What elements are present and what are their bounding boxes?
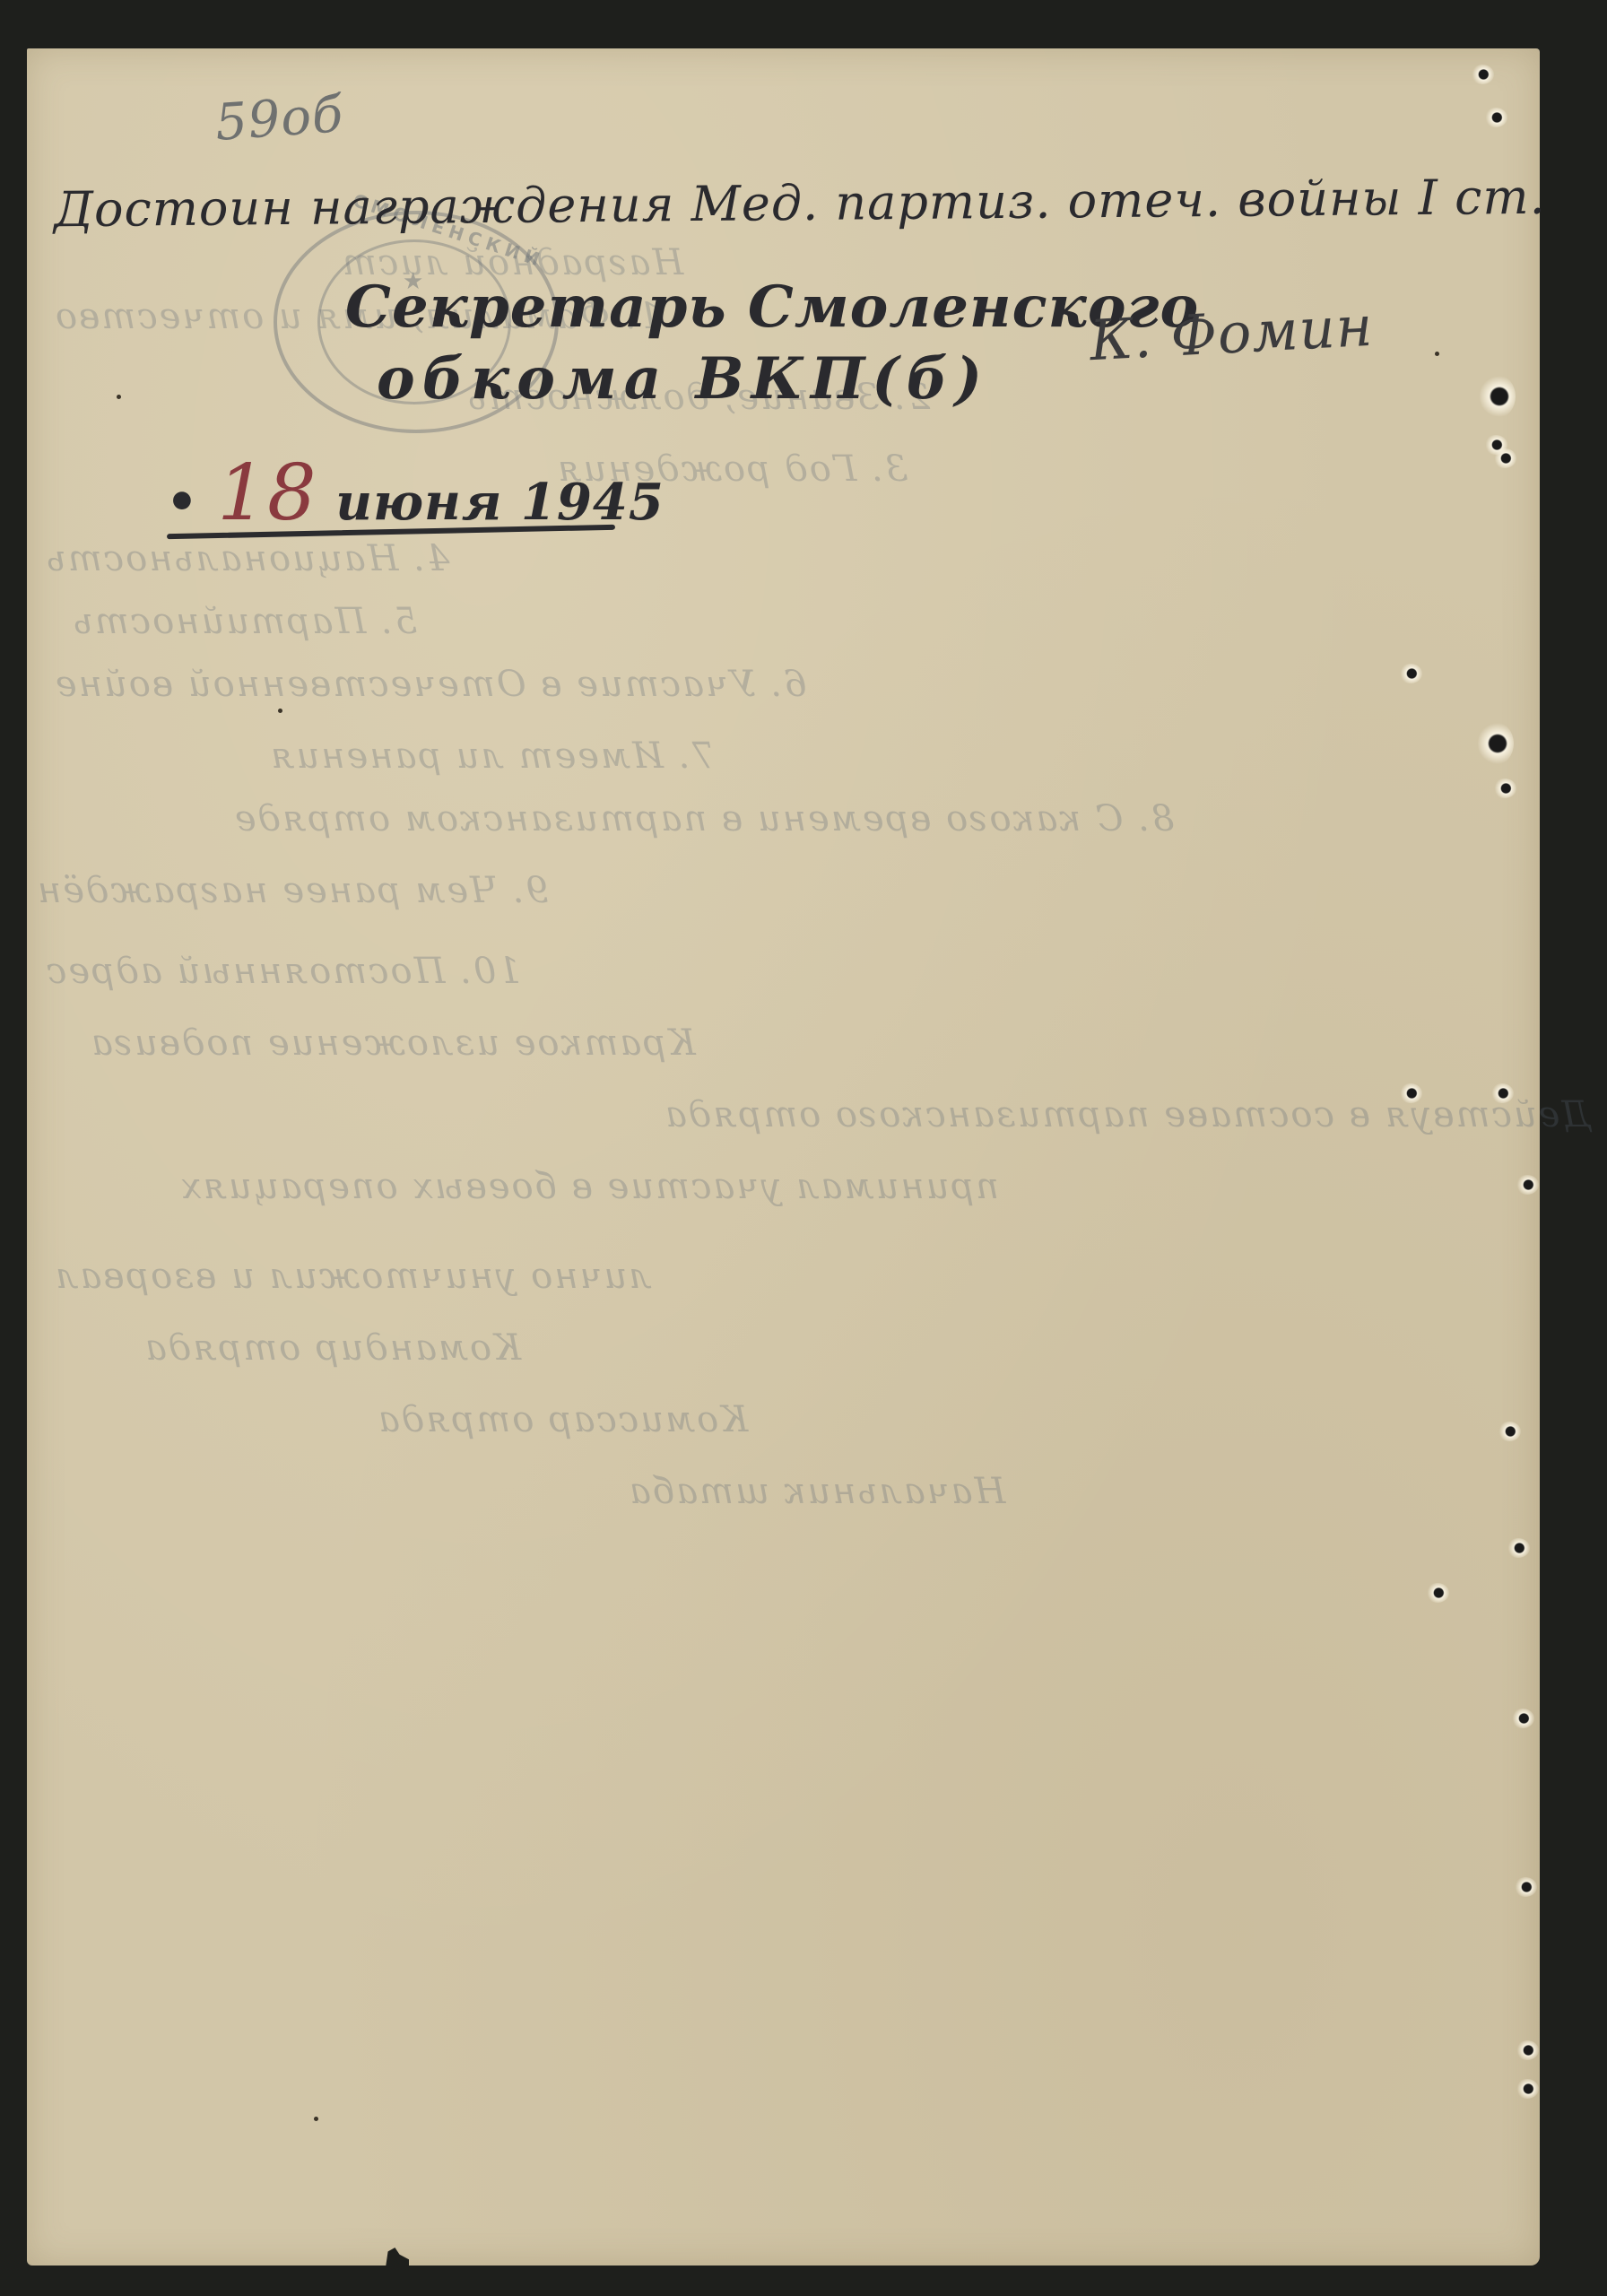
- binding-hole: [1511, 1709, 1534, 1728]
- date-bullet: •: [166, 473, 217, 532]
- binding-hole: [1426, 1583, 1449, 1603]
- binding-hole: [1493, 778, 1516, 798]
- bleed-through-line: Комиссар отряда: [377, 1399, 748, 1440]
- binding-hole: [1498, 1422, 1521, 1441]
- bleed-through-line: 5. Партийность: [72, 601, 417, 642]
- binding-hole: [1507, 1538, 1530, 1558]
- date-month-year: июня 1945: [335, 473, 665, 532]
- bleed-through-line: Начальник штаба: [628, 1471, 1005, 1512]
- bleed-through-line: Действуя в составе партизанского отряда: [664, 1094, 1591, 1135]
- binding-hole: [1478, 722, 1514, 765]
- ink-speck: [117, 395, 121, 399]
- folio-number: 59об: [213, 85, 345, 152]
- binding-hole: [1480, 375, 1516, 418]
- binding-hole: [1493, 448, 1516, 468]
- date-day: 18: [217, 448, 317, 538]
- bleed-through-line: 9. Чем ранее награждён: [36, 870, 549, 911]
- binding-hole: [1399, 664, 1422, 683]
- binding-hole: [1516, 2079, 1539, 2099]
- resolution-line-3: обкома ВКП(б): [377, 345, 989, 413]
- binding-hole: [1516, 1175, 1539, 1195]
- binding-hole: [1399, 1083, 1422, 1103]
- bleed-through-line: 7. Имеет ли ранения: [269, 735, 715, 777]
- binding-hole: [1516, 2040, 1539, 2060]
- bleed-through-line: 10. Постоянный адрес: [45, 951, 521, 992]
- binding-hole: [1490, 1083, 1514, 1103]
- ink-speck: [314, 2117, 318, 2121]
- binding-hole: [1484, 108, 1507, 127]
- bleed-through-line: Командир отряда: [143, 1327, 521, 1369]
- binding-hole: [1514, 1877, 1537, 1897]
- bleed-through-line: лично уничтожил и взорвал: [54, 1256, 652, 1297]
- bleed-through-line: 4. Национальность: [45, 538, 449, 579]
- binding-hole: [1471, 65, 1494, 84]
- bleed-through-line: Краткое изложение подвига: [90, 1022, 696, 1064]
- bleed-through-line: 6. Участие в Отечественной войне: [54, 664, 807, 705]
- resolution-line-2: Секретарь Смоленского: [345, 274, 1199, 341]
- ink-speck: [1435, 352, 1439, 356]
- bleed-through-line: 8. С какого времени в партизанском отряд…: [233, 798, 1174, 839]
- bleed-through-line: принимал участие в боевых операциях: [179, 1166, 999, 1207]
- ink-speck: [278, 709, 282, 713]
